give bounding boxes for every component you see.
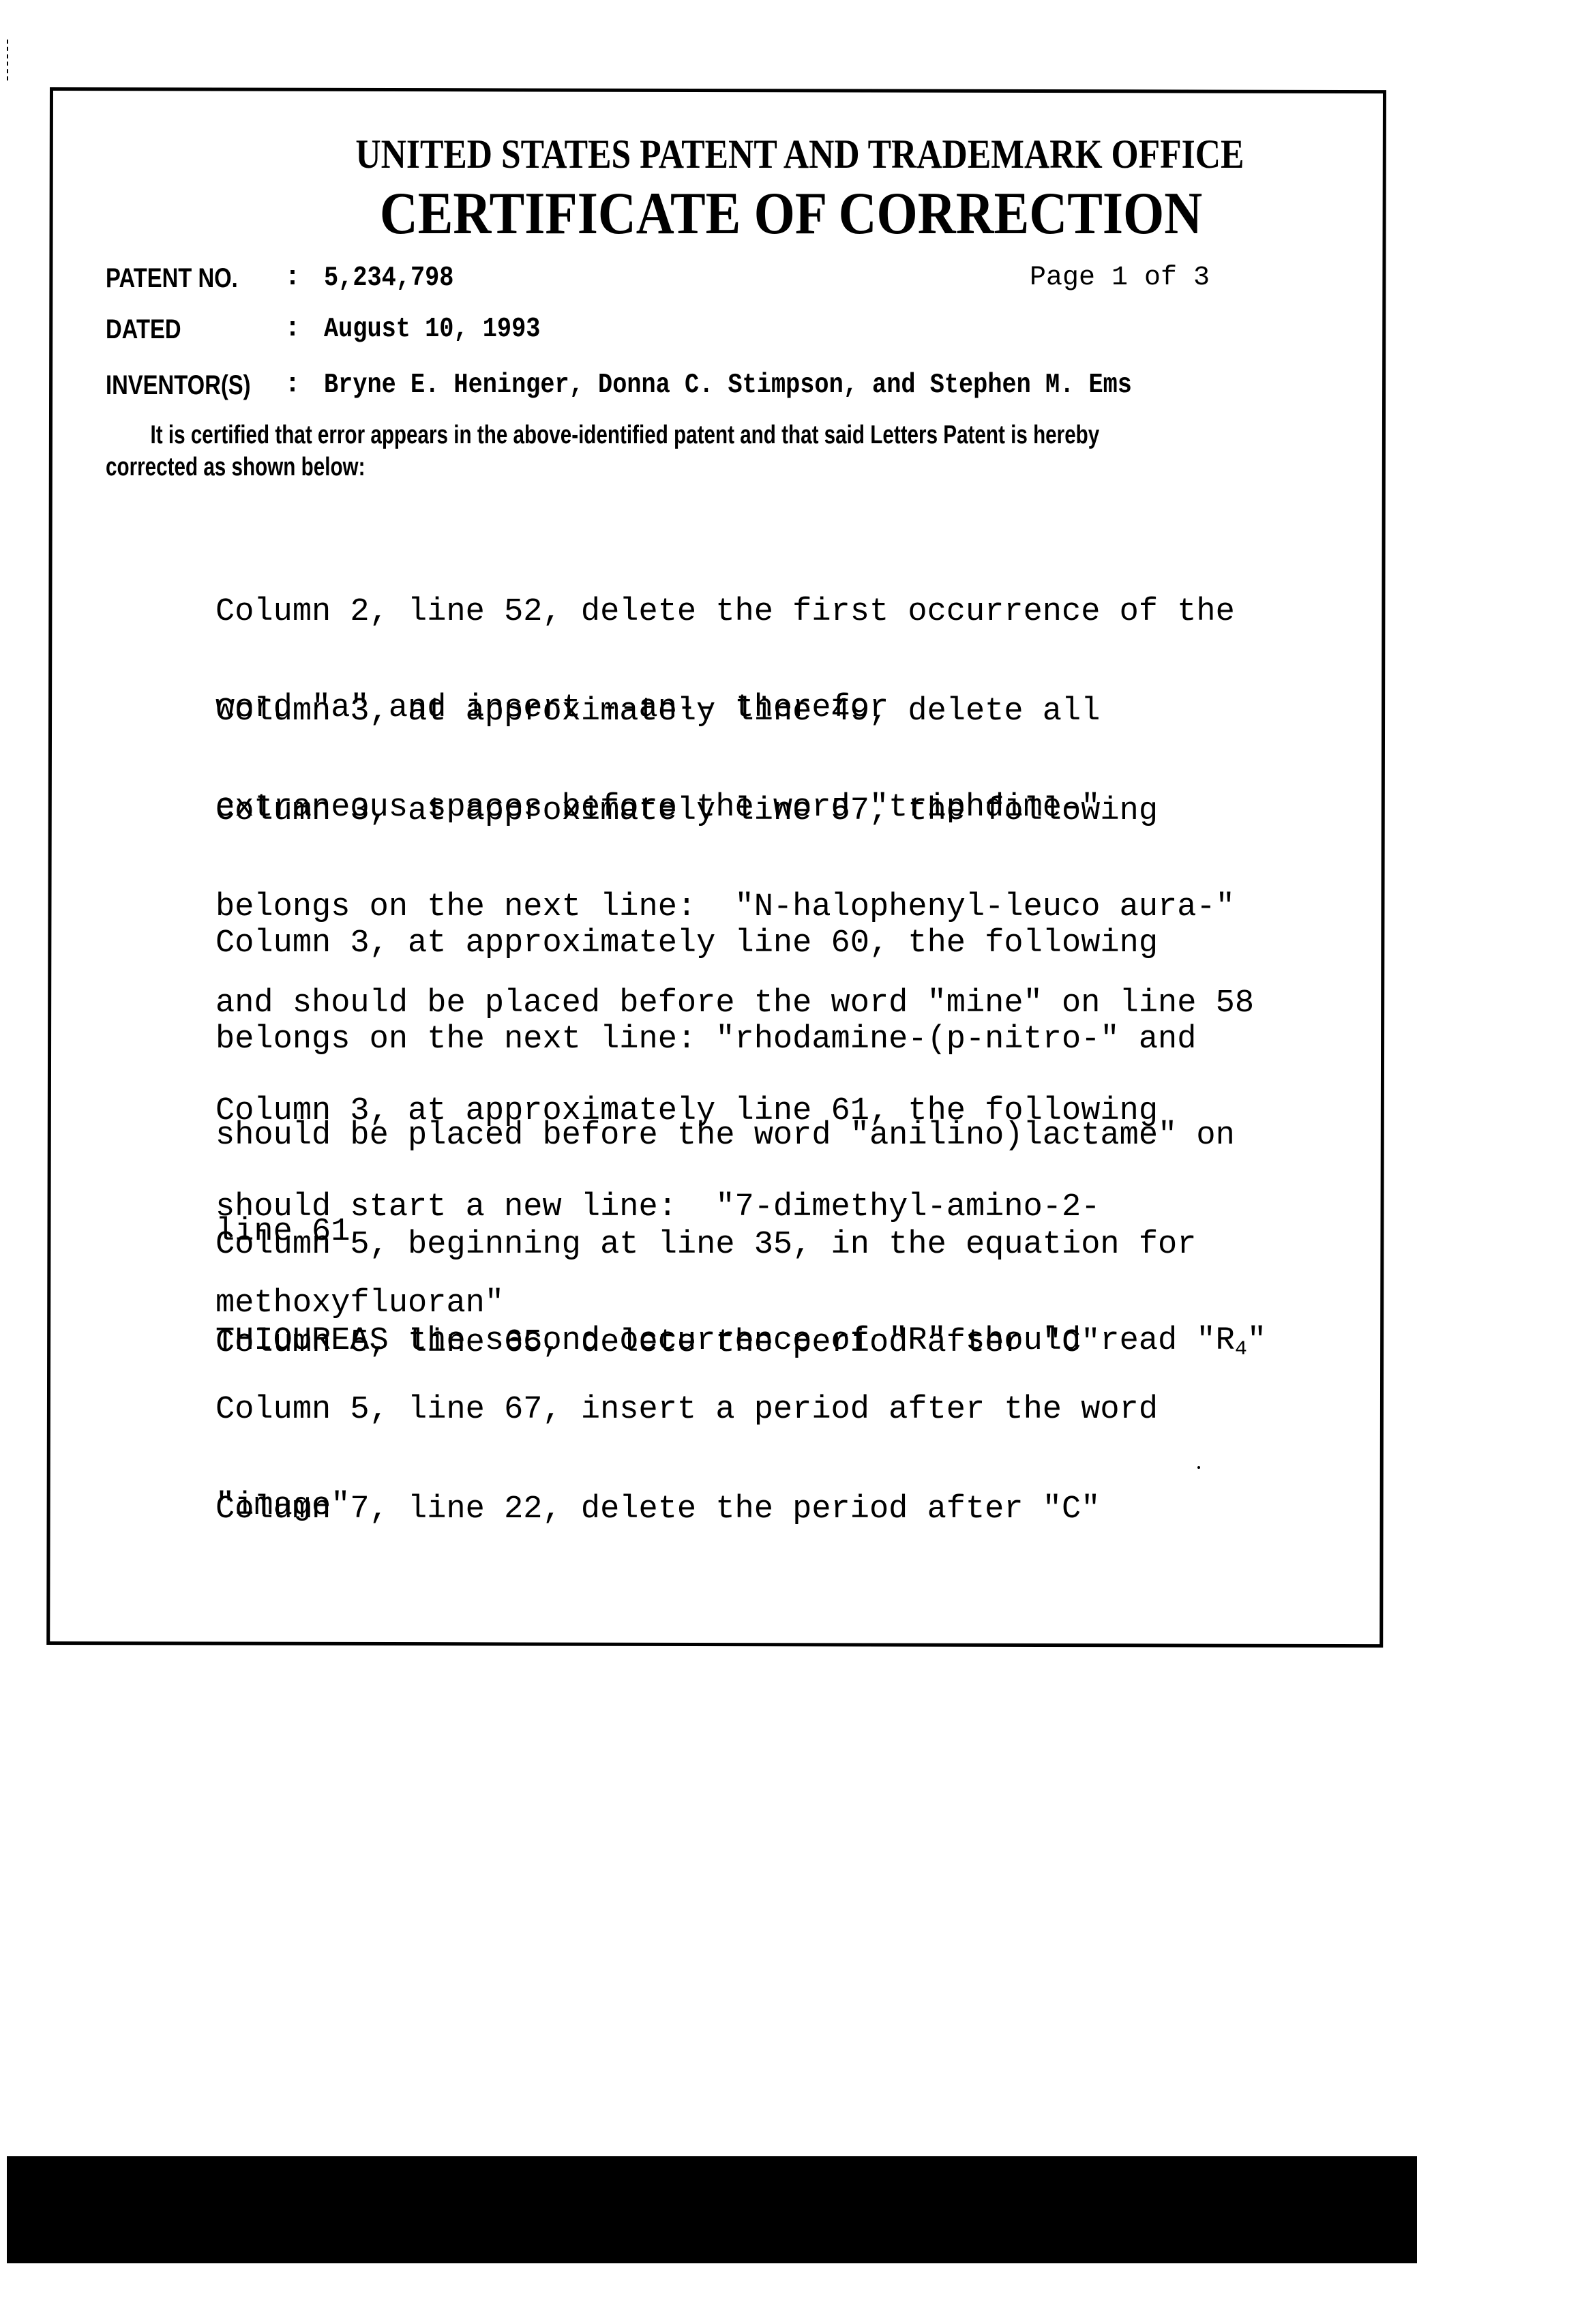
dated-value: August 10, 1993 (324, 309, 540, 350)
certification-line-1: It is certified that error appears in th… (106, 419, 1021, 451)
dated-label: DATED (106, 309, 181, 350)
certification-line-2: corrected as shown below: (106, 451, 1021, 483)
office-heading: UNITED STATES PATENT AND TRADEMARK OFFIC… (110, 134, 1471, 175)
scan-speck (1197, 1466, 1200, 1469)
correction-line: Column 5, line 67, insert a period after… (215, 1394, 1375, 1426)
inventors-label: INVENTOR(S) (106, 365, 251, 406)
correction-line: Column 2, line 52, delete the first occu… (215, 596, 1375, 628)
correction-line: Column 3, at approximately line 60, the … (215, 927, 1375, 959)
scan-black-bar (7, 2156, 1417, 2263)
correction-line: Column 3, at approximately line 57, the … (215, 795, 1375, 827)
correction-line: Column 5, beginning at line 35, in the e… (215, 1229, 1375, 1261)
inventors-value: Bryne E. Heninger, Donna C. Stimpson, an… (324, 365, 1132, 406)
correction-line: Column 3, at approximately line 61, the … (215, 1095, 1375, 1127)
certificate-title: CERTIFICATE OF CORRECTION (95, 184, 1487, 244)
inventors-colon: : (284, 365, 301, 406)
patent-number-value: 5,234,798 (324, 258, 453, 299)
certification-statement: It is certified that error appears in th… (106, 419, 1279, 483)
scan-edge-mark (7, 40, 8, 80)
patent-number-colon: : (284, 258, 301, 299)
correction-line: Column 3, at approximately line 49, dele… (215, 696, 1375, 728)
correction-line: Column 7, line 22, delete the period aft… (215, 1493, 1375, 1525)
correction-item-9: Column 7, line 22, delete the period aft… (215, 1429, 1375, 1590)
page-indicator: Page 1 of 3 (1030, 260, 1210, 296)
dated-colon: : (284, 309, 301, 350)
patent-number-label: PATENT NO. (106, 258, 238, 299)
